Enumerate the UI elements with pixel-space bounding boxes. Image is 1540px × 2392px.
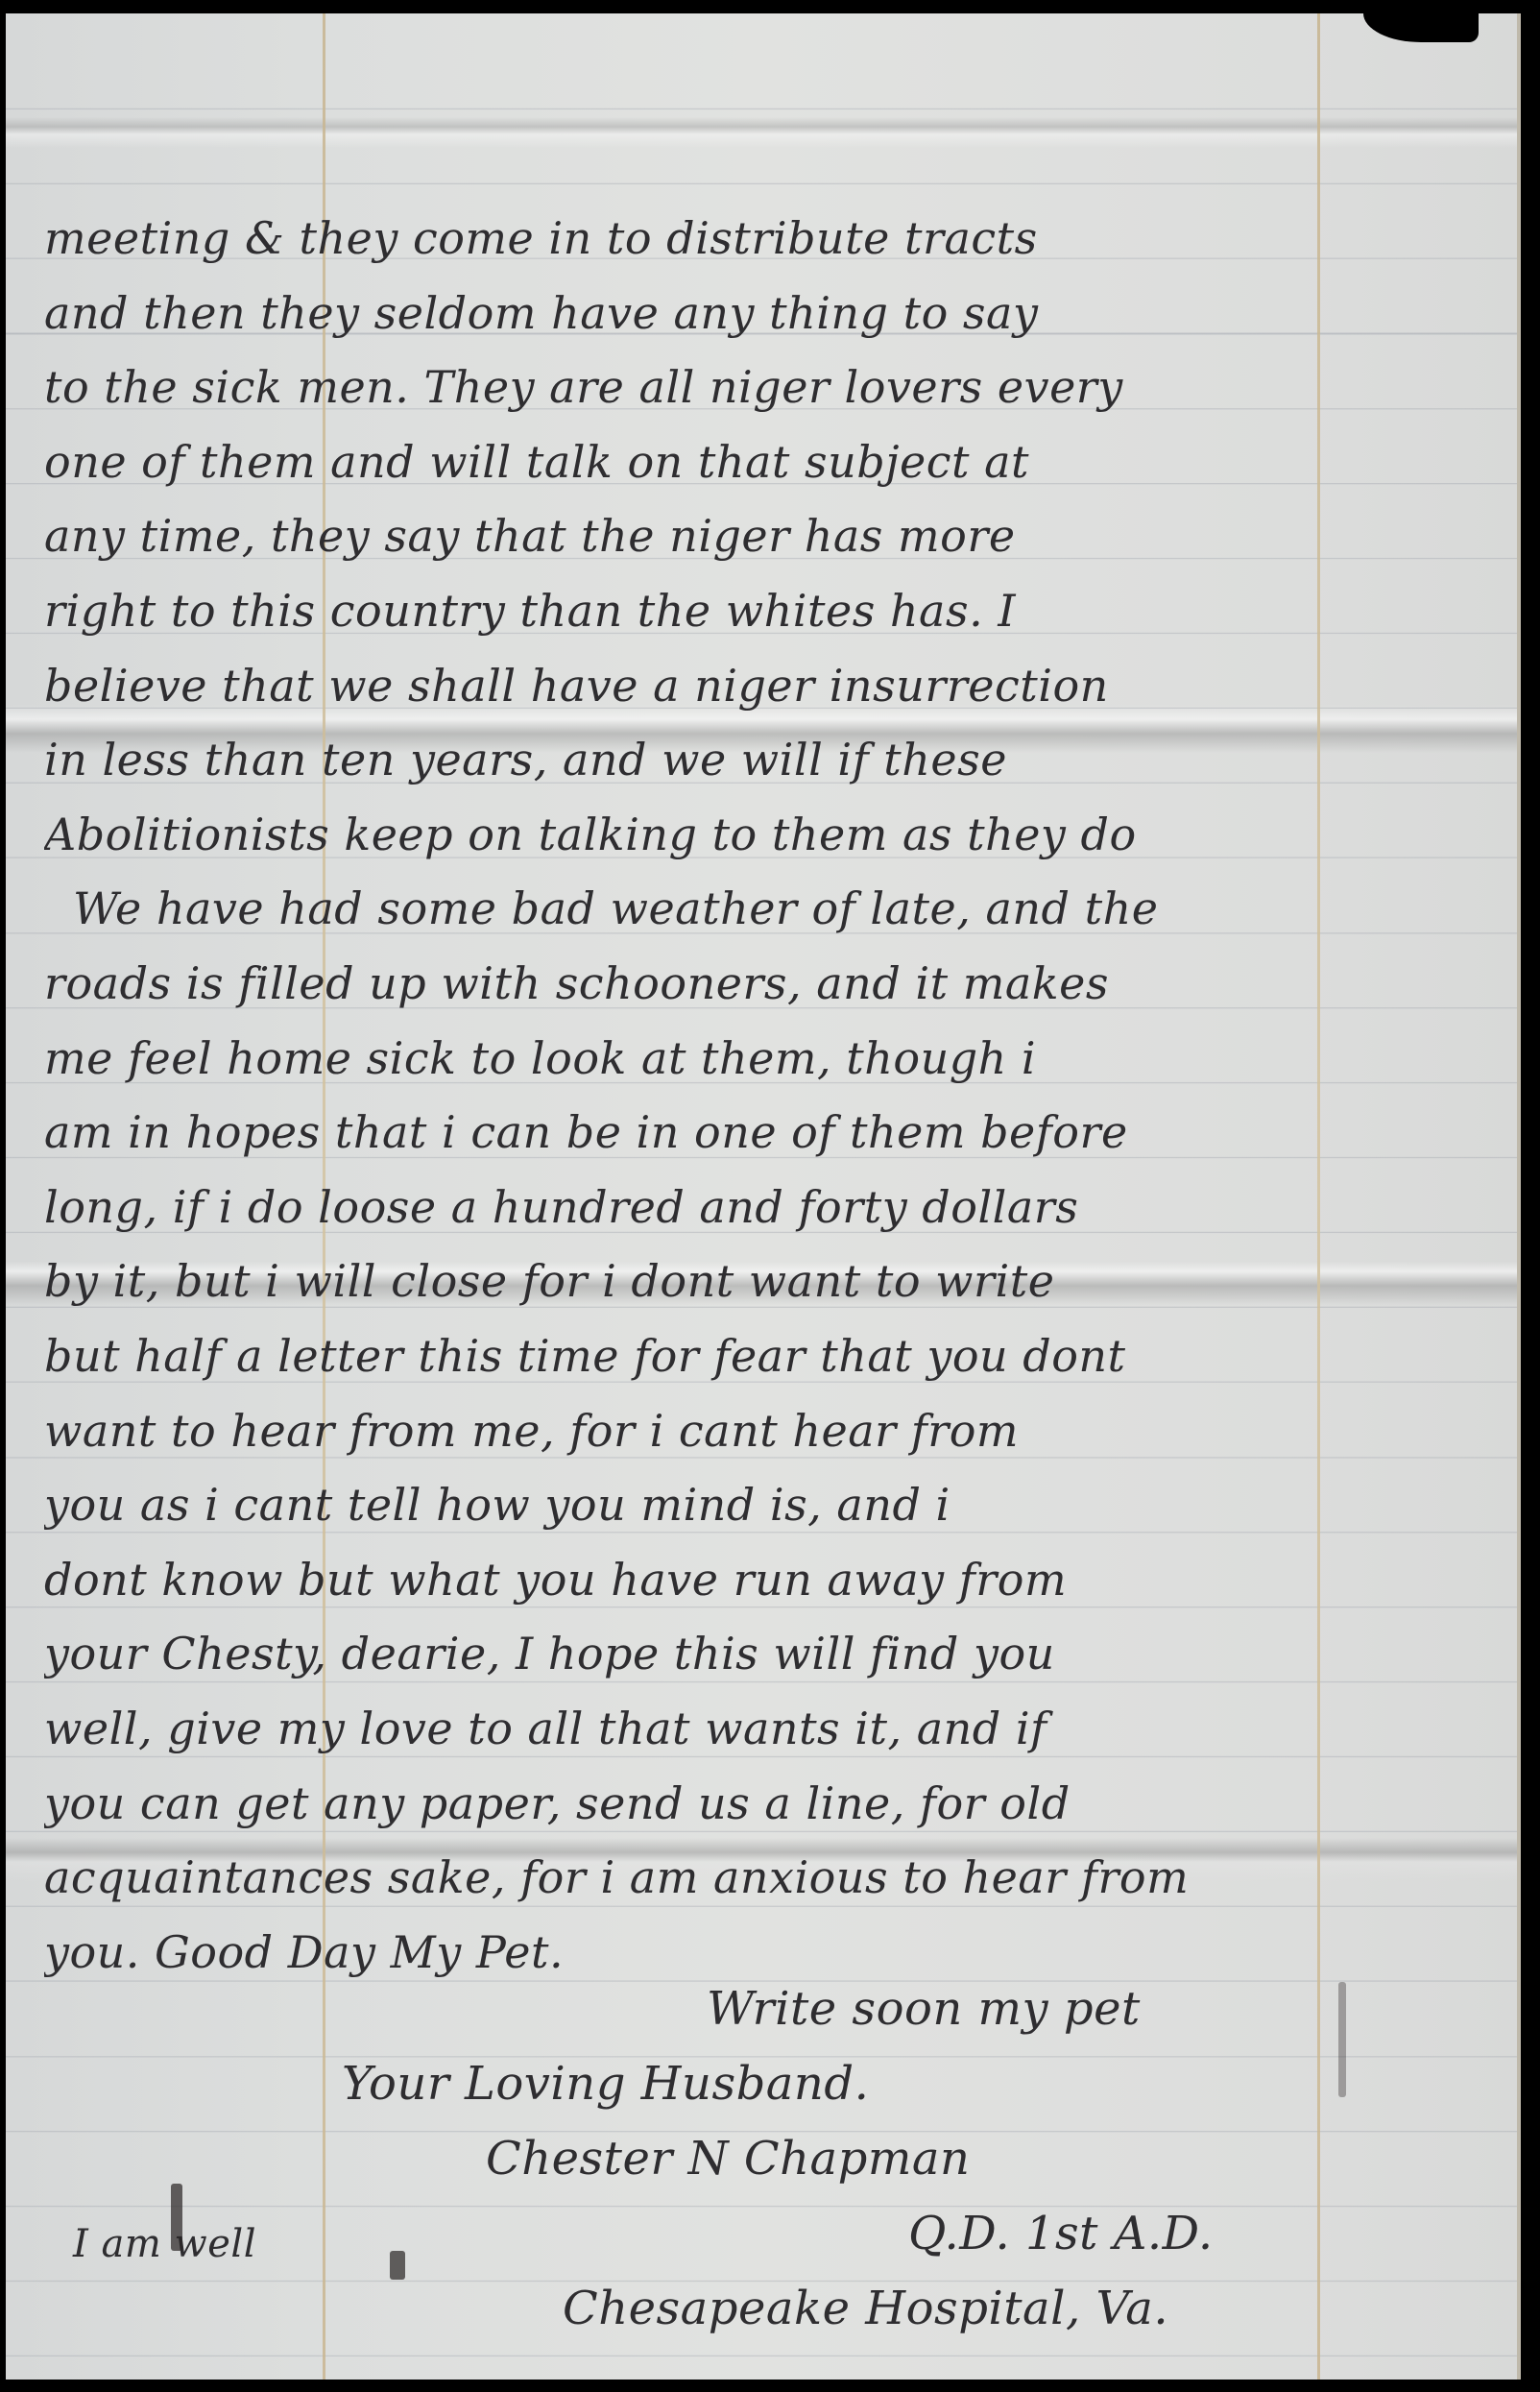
letter-line: well, give my love to all that wants it,… [44, 1700, 1465, 1757]
letter-line: but half a letter this time for fear tha… [44, 1327, 1465, 1385]
letter-line: to the sick men. They are all niger love… [44, 358, 1465, 416]
letter-line: right to this country than the whites ha… [44, 582, 1465, 640]
letter-line: you as i cant tell how you mind is, and … [44, 1476, 1465, 1534]
letter-page: meeting & they come in to distribute tra… [6, 13, 1521, 2380]
letter-line: and then they seldom have any thing to s… [44, 284, 1465, 342]
margin-note: I am well [73, 2222, 256, 2266]
letter-line: by it, but i will close for i dont want … [44, 1252, 1465, 1310]
hospital-location: Chesapeake Hospital, Va. [563, 2282, 1168, 2335]
letter-line: any time, they say that the niger has mo… [44, 507, 1465, 565]
ink-blot [390, 2251, 405, 2280]
letter-line: your Chesty, dearie, I hope this will fi… [44, 1625, 1465, 1682]
unit-designation: Q.D. 1st A.D. [908, 2207, 1214, 2260]
letter-line: me feel home sick to look at them, thoug… [44, 1029, 1465, 1087]
letter-line: acquaintances sake, for i am anxious to … [44, 1848, 1465, 1906]
letter-line: believe that we shall have a niger insur… [44, 657, 1465, 714]
letter-line: you can get any paper, send us a line, f… [44, 1775, 1465, 1832]
signature: Chester N Chapman [486, 2132, 970, 2186]
letter-line: Abolitionists keep on talking to them as… [44, 806, 1465, 863]
letter-line: you. Good Day My Pet. [44, 1923, 1465, 1981]
letter-line: in less than ten years, and we will if t… [44, 731, 1465, 788]
letter-line: am in hopes that i can be in one of them… [44, 1103, 1465, 1161]
letter-line: dont know but what you have run away fro… [44, 1551, 1465, 1608]
ink-streak [1338, 1982, 1346, 2097]
letter-line: meeting & they come in to distribute tra… [44, 209, 1465, 267]
postscript-write-soon: Write soon my pet [707, 1982, 1141, 2036]
valediction: Your Loving Husband. [342, 2057, 869, 2111]
letter-line: one of them and will talk on that subjec… [44, 433, 1465, 491]
ink-blot [171, 2184, 182, 2251]
letter-line: long, if i do loose a hundred and forty … [44, 1178, 1465, 1236]
letter-line: We have had some bad weather of late, an… [73, 880, 1494, 937]
letter-line: roads is filled up with schooners, and i… [44, 954, 1465, 1012]
letter-line: want to hear from me, for i cant hear fr… [44, 1402, 1465, 1460]
